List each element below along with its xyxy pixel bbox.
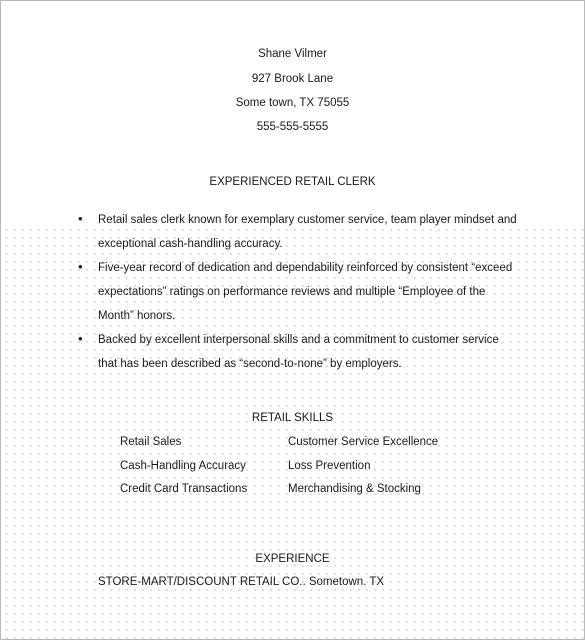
skill-item: Retail Sales: [120, 436, 181, 448]
resume-content: Shane Vilmer 927 Brook Lane Some town, T…: [1, 1, 584, 639]
bullet-icon: •: [78, 331, 83, 346]
skill-item: Cash-Handling Accuracy: [120, 460, 246, 472]
resume-page: Shane Vilmer 927 Brook Lane Some town, T…: [0, 0, 585, 640]
experience-heading: EXPERIENCE: [1, 553, 584, 565]
skill-item: Loss Prevention: [288, 460, 370, 472]
bullet-icon: •: [78, 211, 83, 226]
bullet-line: Backed by excellent interpersonal skills…: [98, 334, 499, 346]
bullet-line: exceptional cash-handling accuracy.: [98, 238, 283, 250]
skills-heading: RETAIL SKILLS: [1, 412, 584, 424]
contact-phone: 555-555-5555: [1, 121, 584, 133]
skill-item: Credit Card Transactions: [120, 483, 247, 495]
bullet-icon: •: [78, 259, 83, 274]
contact-name: Shane Vilmer: [1, 48, 584, 60]
skill-item: Customer Service Excellence: [288, 436, 438, 448]
bullet-line: that has been described as “second-to-no…: [98, 358, 402, 370]
experience-employer: STORE-MART/DISCOUNT RETAIL CO.. Sometown…: [98, 576, 384, 588]
contact-city: Some town, TX 75055: [1, 97, 584, 109]
headline: EXPERIENCED RETAIL CLERK: [1, 176, 584, 188]
bullet-line: Month” honors.: [98, 310, 175, 322]
skill-item: Merchandising & Stocking: [288, 483, 421, 495]
contact-street: 927 Brook Lane: [1, 73, 584, 85]
bullet-line: Five-year record of dedication and depen…: [98, 262, 512, 274]
bullet-line: Retail sales clerk known for exemplary c…: [98, 214, 517, 226]
bullet-line: expectations” ratings on performance rev…: [98, 286, 485, 298]
